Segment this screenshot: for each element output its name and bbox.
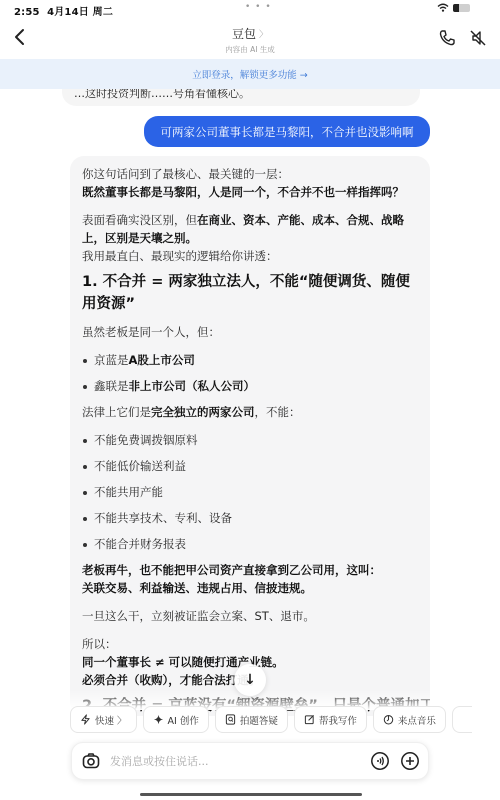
sparkle-icon xyxy=(153,714,164,725)
message-input[interactable] xyxy=(110,751,360,771)
photo-question-chip[interactable]: 拍题答疑 xyxy=(215,706,288,733)
music-chip[interactable]: 来点音乐 xyxy=(373,706,446,733)
status-time: 2:55 4月14日 周二 xyxy=(14,3,113,18)
plus-icon[interactable] xyxy=(400,751,420,771)
wifi-icon xyxy=(437,3,449,12)
help-write-chip[interactable]: 帮我写作 xyxy=(294,706,367,733)
list-item: 不能共享技术、专利、设备 xyxy=(82,509,418,527)
ai-paragraph: 表面看确实没区别，但在商业、资本、产能、成本、合规、战略上，区别是天壤之别。 我… xyxy=(82,211,418,265)
list-item: 不能低价输送利益 xyxy=(82,457,418,475)
company-list: 京蓝是A股上市公司 鑫联是非上市公司（私人公司） xyxy=(82,351,418,395)
status-indicators xyxy=(437,3,470,12)
phone-icon[interactable] xyxy=(437,28,457,48)
chat-title-area[interactable]: 豆包〉 内容由 AI 生成 xyxy=(0,23,500,55)
ai-paragraph: 一旦这么干，立刻被证监会立案、ST、退市。 xyxy=(82,607,418,625)
ai-intro: 你这句话问到了最核心、最关键的一层： 既然董事长都是马黎阳，人是同一个，不合并不… xyxy=(82,165,418,201)
user-message: 可两家公司董事长都是马黎阳，不合并也没影响啊 xyxy=(144,116,430,147)
list-item: 京蓝是A股上市公司 xyxy=(82,351,418,369)
chat-header: 豆包〉 内容由 AI 生成 xyxy=(0,18,500,58)
music-icon xyxy=(383,714,394,725)
speaker-muted-icon[interactable] xyxy=(468,28,488,48)
bot-name[interactable]: 豆包〉 xyxy=(232,25,268,42)
photo-question-icon xyxy=(225,714,236,725)
ai-create-chip[interactable]: AI 创作 xyxy=(143,706,209,733)
home-indicator[interactable] xyxy=(140,793,362,796)
ai-paragraph: 法律上它们是完全独立的两家公司，不能： xyxy=(82,403,418,421)
status-bar: 2:55 4月14日 周二 • • • xyxy=(0,0,500,18)
ai-message: 你这句话问到了最核心、最关键的一层： 既然董事长都是马黎阳，人是同一个，不合并不… xyxy=(70,156,430,716)
restriction-list: 不能免费调拨铟原料 不能低价输送利益 不能共用产能 不能共享技术、专利、设备 不… xyxy=(82,431,418,553)
list-item: 不能合并财务报表 xyxy=(82,535,418,553)
voice-call-icon[interactable] xyxy=(370,751,390,771)
multitask-dots: • • • xyxy=(245,2,272,12)
quick-actions: 快速 〉 AI 创作 拍题答疑 帮我写作 来点音乐 xyxy=(70,706,500,734)
chat-screen: 2:55 4月14日 周二 • • • 豆包〉 内容由 AI 生成 立即登录，解… xyxy=(0,0,500,800)
login-banner[interactable]: 立即登录，解锁更多功能 → xyxy=(0,59,500,89)
list-item: 鑫联是非上市公司（私人公司） xyxy=(82,377,418,395)
ai-paragraph: 虽然老板是同一个人，但： xyxy=(82,323,418,341)
list-item: 不能免费调拨铟原料 xyxy=(82,431,418,449)
ai-paragraph: 老板再牛，也不能把甲公司资产直接拿到乙公司用，这叫： 关联交易、利益输送、违规占… xyxy=(82,561,418,597)
camera-icon[interactable] xyxy=(81,751,101,771)
lightning-icon xyxy=(80,714,91,725)
ai-generated-notice: 内容由 AI 生成 xyxy=(0,44,500,55)
list-item: 不能共用产能 xyxy=(82,483,418,501)
more-chip[interactable] xyxy=(452,706,472,733)
battery-icon xyxy=(453,4,470,12)
ai-heading-1: 1. 不合并 = 两家独立法人，不能“随便调货、随便用资源” xyxy=(82,271,418,315)
quick-mode-chip[interactable]: 快速 〉 xyxy=(70,706,137,733)
edit-icon xyxy=(304,714,315,725)
chevron-right-icon: 〉 xyxy=(259,27,268,40)
message-composer xyxy=(71,742,429,780)
scroll-to-bottom-button[interactable]: ↓ xyxy=(234,664,266,696)
arrow-down-icon: ↓ xyxy=(244,672,256,688)
